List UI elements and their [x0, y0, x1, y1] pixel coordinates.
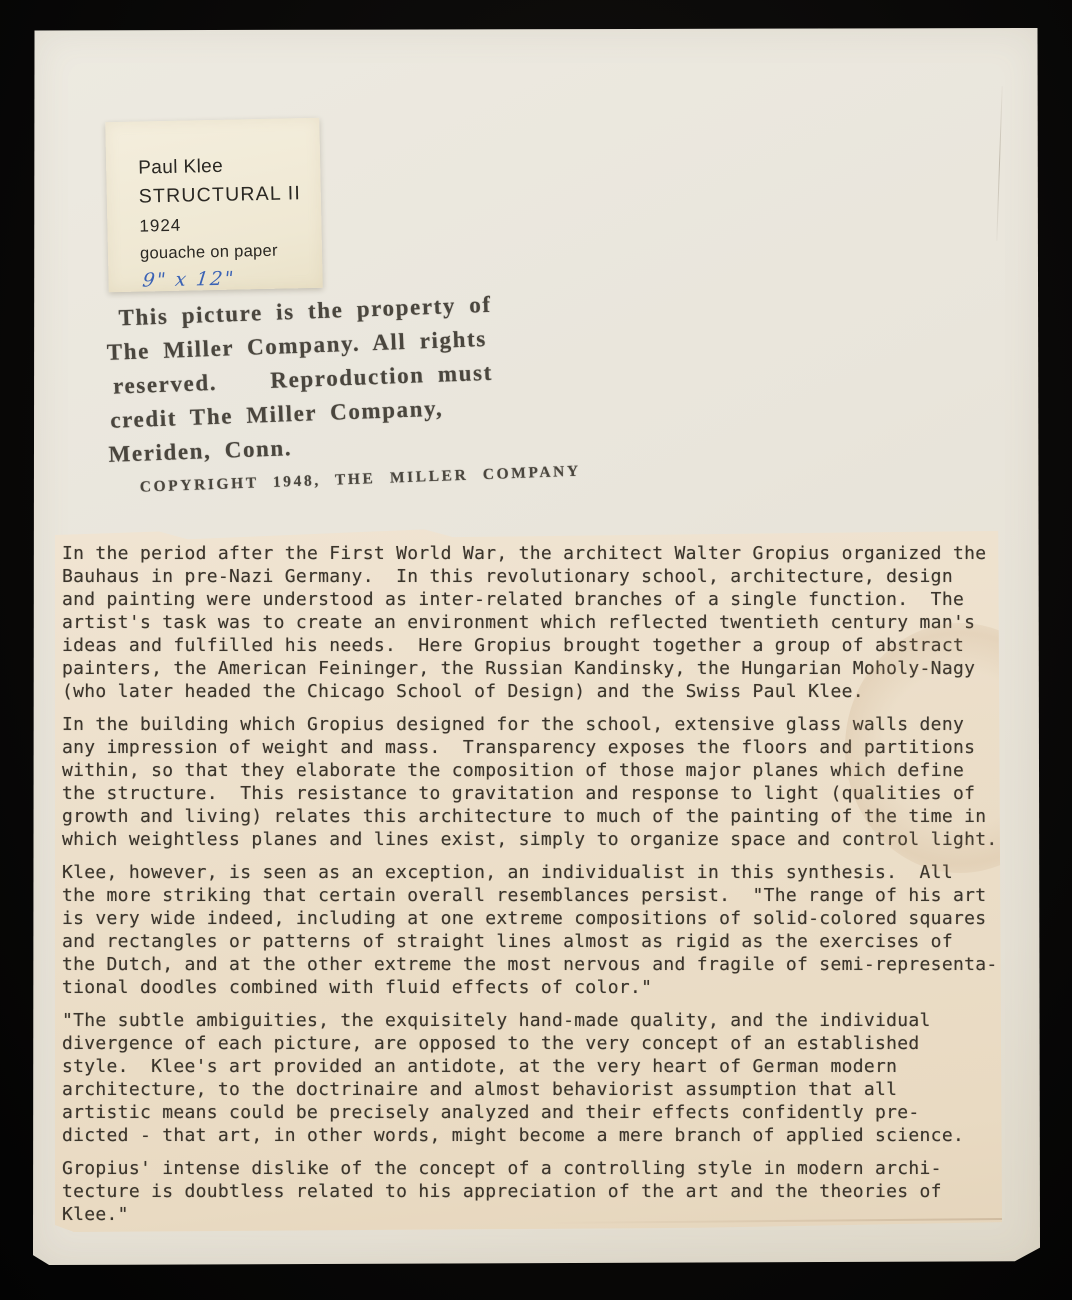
typed-paragraph-bauhaus: In the period after the First World War,… — [62, 542, 1002, 703]
property-rubber-stamp: This picture is the property of The Mill… — [103, 285, 581, 499]
museum-label: Paul Klee STRUCTURAL II 1924 gouache on … — [105, 118, 323, 292]
label-artwork-year: 1924 — [139, 208, 322, 241]
photograph-of-photo-verso: Paul Klee STRUCTURAL II 1924 gouache on … — [0, 0, 1072, 1300]
typed-paragraph-klee-exception: Klee, however, is seen as an exception, … — [62, 861, 1002, 999]
photo-backing-paper: Paul Klee STRUCTURAL II 1924 gouache on … — [33, 28, 1040, 1265]
typed-paragraph-building: In the building which Gropius designed f… — [62, 713, 1002, 851]
typewritten-note-sheet: In the period after the First World War,… — [55, 528, 1002, 1232]
paper-crack-mark — [996, 86, 1002, 241]
label-artist-name: Paul Klee — [138, 152, 321, 182]
typed-paragraph-subtle-ambiguities: "The subtle ambiguities, the exquisitely… — [62, 1009, 1002, 1147]
label-artwork-title: STRUCTURAL II — [138, 178, 321, 212]
label-artwork-dimensions-handwritten: 9" x 12" — [141, 263, 326, 295]
typed-paragraph-gropius-dislike: Gropius' intense dislike of the concept … — [62, 1157, 1002, 1226]
label-artwork-medium: gouache on paper — [140, 237, 323, 267]
